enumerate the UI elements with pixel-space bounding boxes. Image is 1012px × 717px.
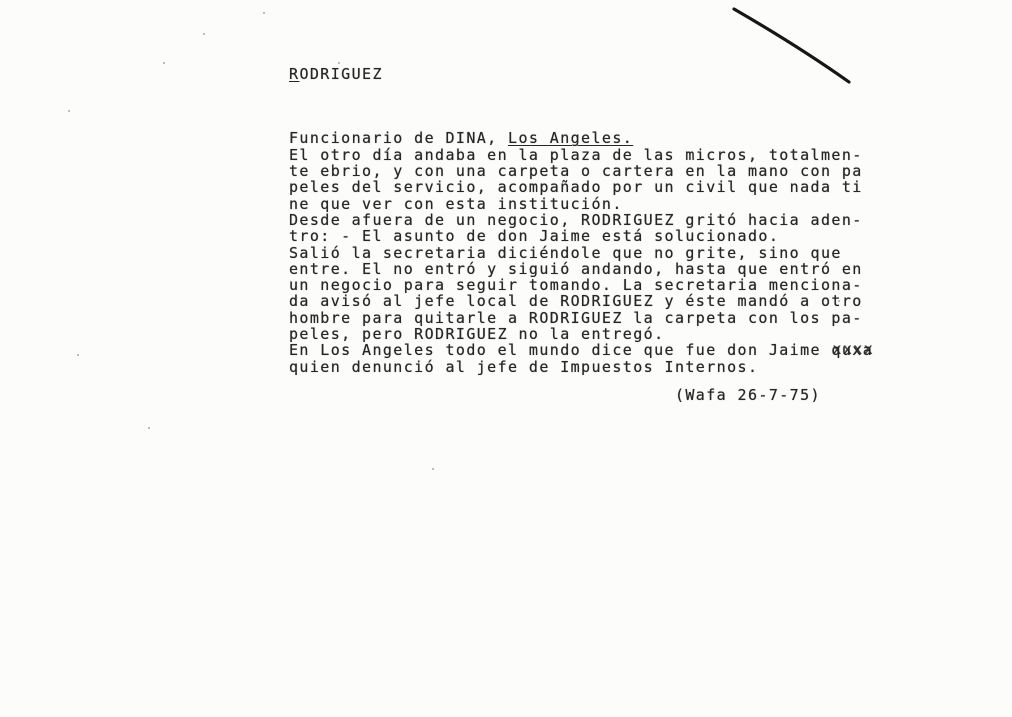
text-line: tro: - El asunto de don Jaime está soluc… (289, 228, 873, 244)
scanned-page: RODRIGUEZ Funcionario de DINA, Los Angel… (0, 0, 1012, 717)
text-line: Funcionario de DINA, Los Angeles. (289, 130, 873, 146)
document-body: Funcionario de DINA, Los Angeles.El otro… (289, 130, 873, 403)
text-line: peles, pero RODRIGUEZ no la entregó. (289, 326, 873, 342)
text-line: da avisó al jefe local de RODRIGUEZ y és… (289, 293, 873, 309)
scan-speck (203, 33, 205, 35)
scan-speck (263, 12, 265, 14)
text-line: quien denunció al jefe de Impuestos Inte… (289, 359, 873, 375)
strikeout-text: quxaxxxx (831, 342, 873, 358)
text-line: El otro día andaba en la plaza de las mi… (289, 147, 873, 163)
scan-speck (68, 110, 70, 112)
scan-speck (432, 468, 434, 470)
text-line: (Wafa 26-7-75) (289, 387, 873, 403)
text-line: entre. El no entró y siguió andando, has… (289, 261, 873, 277)
text-line: ne que ver con esta institución. (289, 196, 873, 212)
text-line: un negocio para seguir tomando. La secre… (289, 277, 873, 293)
text-line: hombre para quitarle a RODRIGUEZ la carp… (289, 310, 873, 326)
text-line: peles del servicio, acompañado por un ci… (289, 179, 873, 195)
scan-speck (163, 62, 165, 64)
text-line: En Los Angeles todo el mundo dice que fu… (289, 342, 873, 358)
document-title: RODRIGUEZ (289, 66, 873, 82)
scan-speck (148, 427, 150, 429)
text-line: Salió la secretaria diciéndole que no gr… (289, 245, 873, 261)
typewritten-document: RODRIGUEZ Funcionario de DINA, Los Angel… (289, 33, 873, 436)
scan-speck (77, 354, 79, 356)
text-line: te ebrio, y con una carpeta o cartera en… (289, 163, 873, 179)
text-line: Desde afuera de un negocio, RODRIGUEZ gr… (289, 212, 873, 228)
